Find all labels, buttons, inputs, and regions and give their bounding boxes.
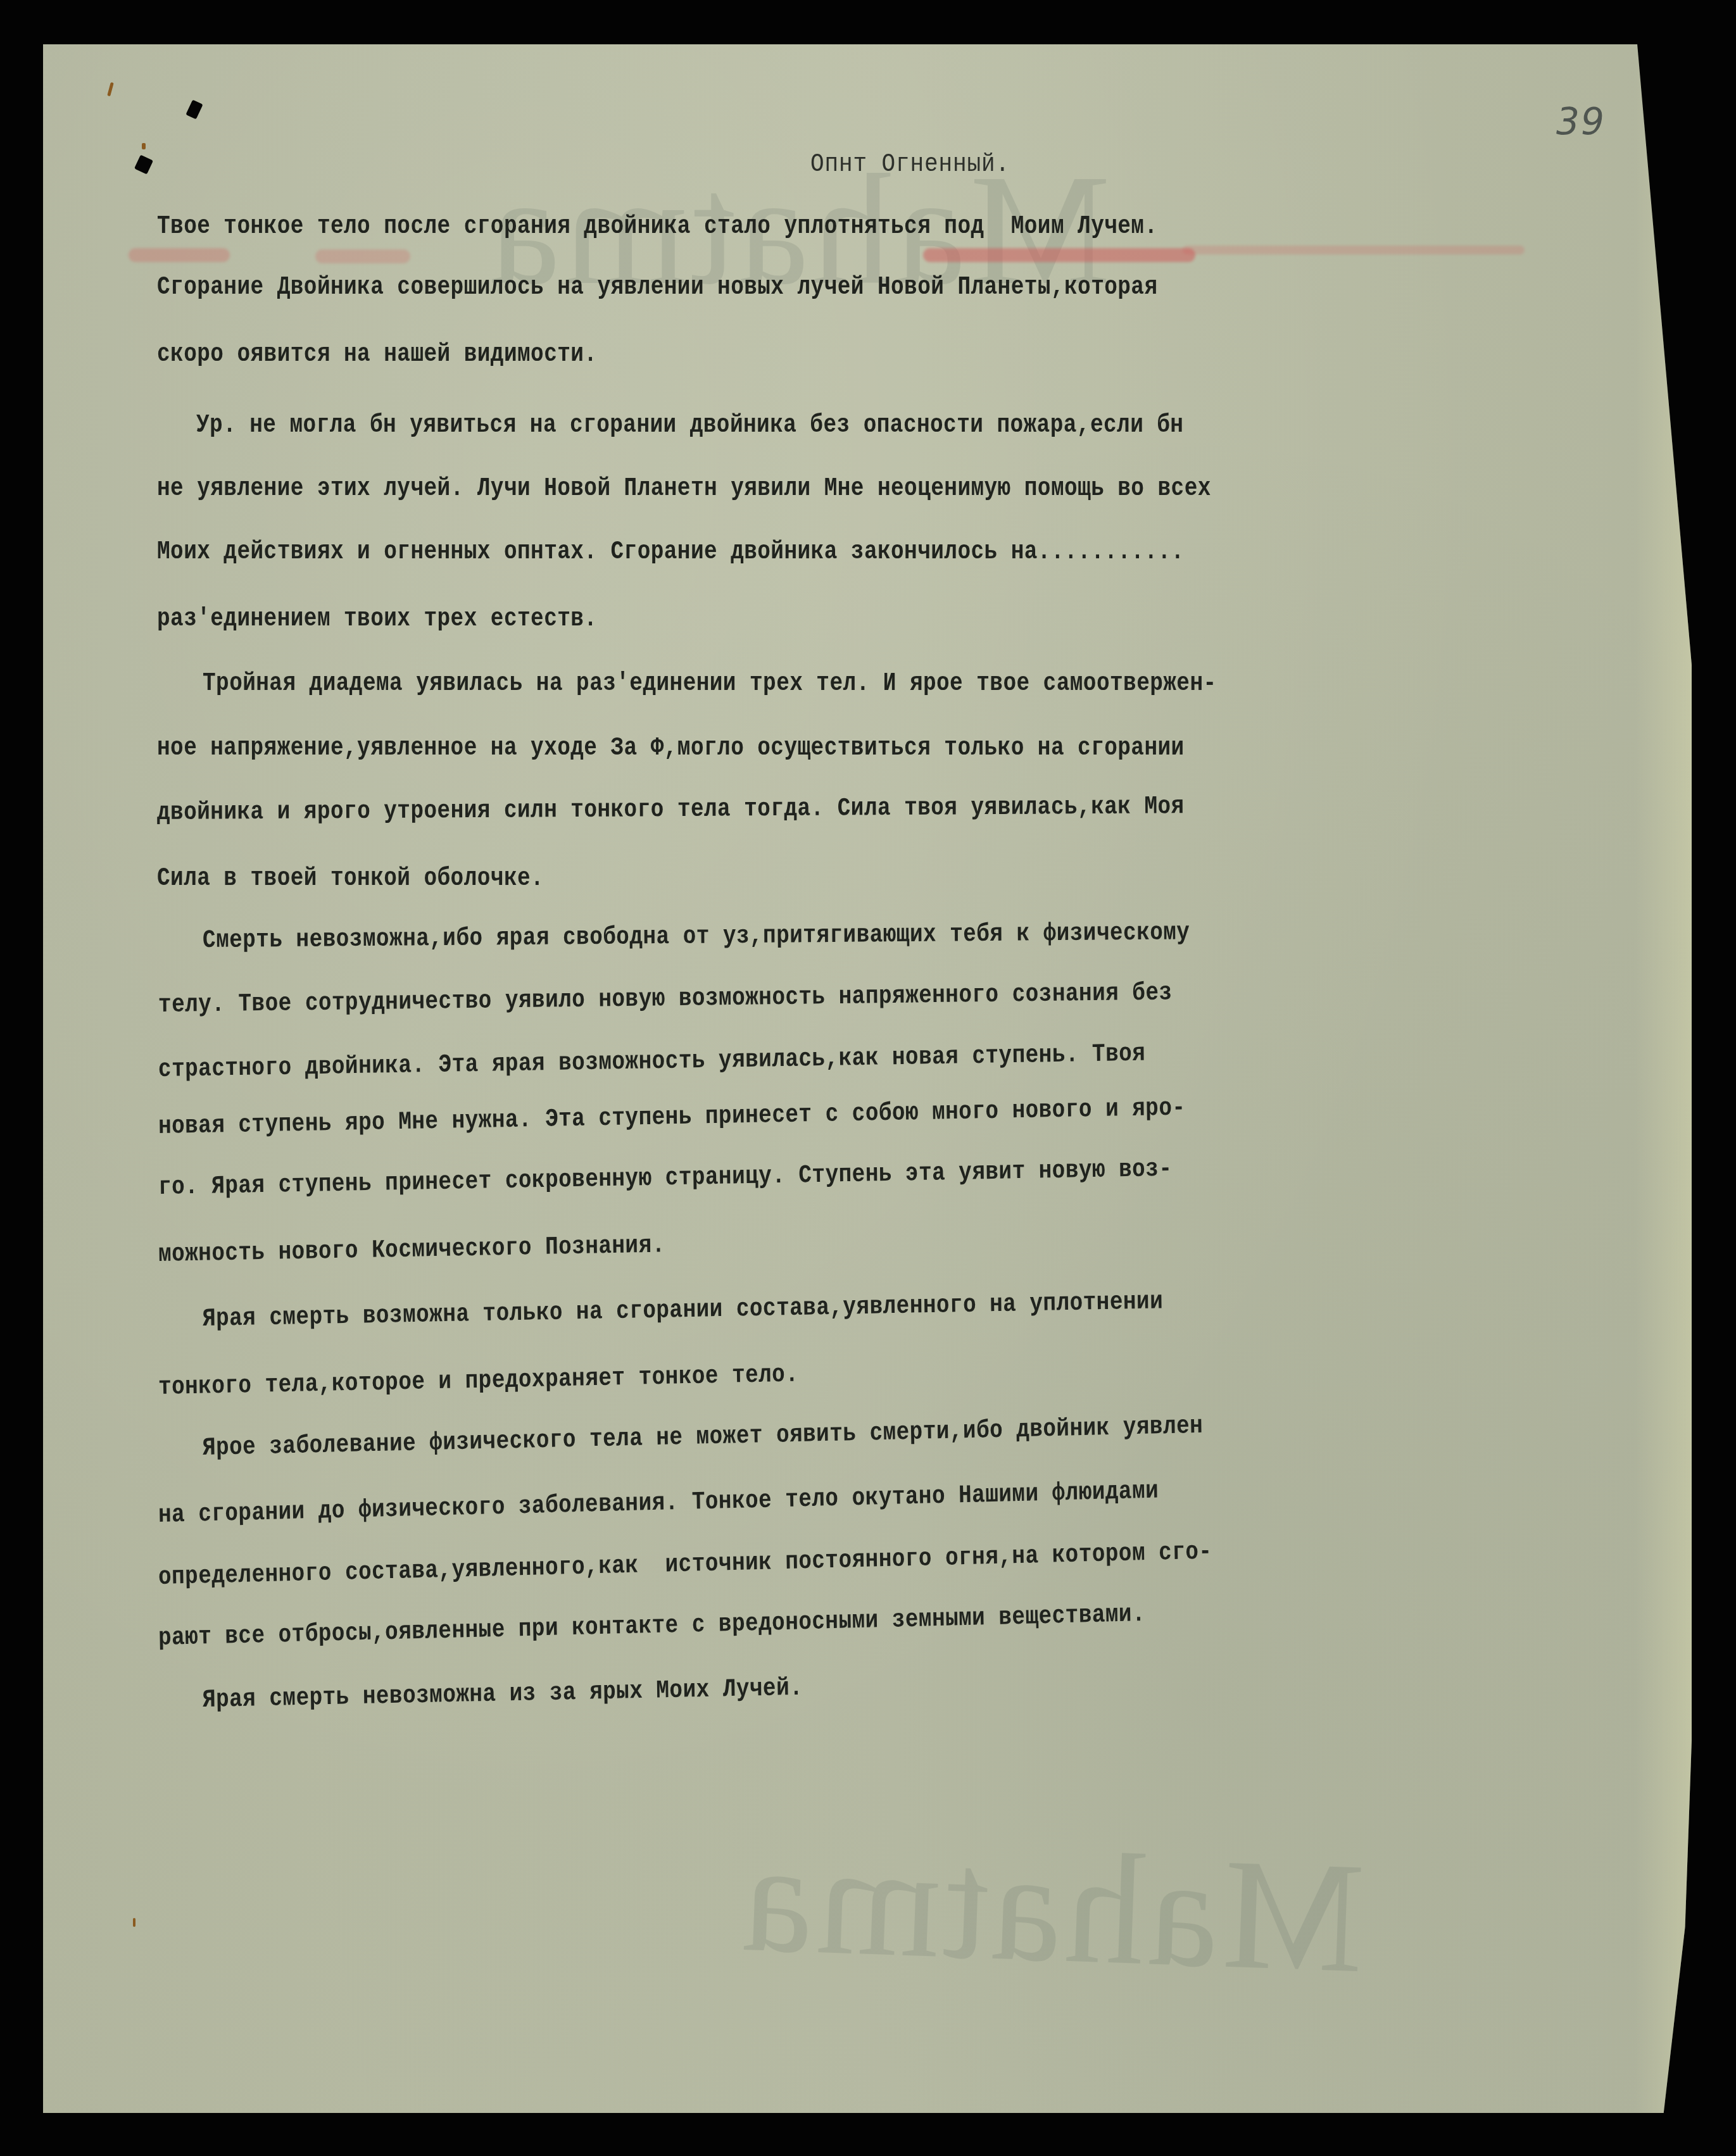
text-line: двойника и ярого утроения силн тонкого т… [157,793,1185,827]
text-line: Сгорание Двойника совершилось на уявлени… [157,273,1158,302]
text-line: Сила в твоей тонкой оболочке. [157,865,544,893]
rust-mark [107,82,114,97]
punch-hole-bottom [134,154,153,174]
page-edge-highlight [1635,44,1692,2113]
text-line: страстного двойника. Эта ярая возможност… [158,1040,1146,1084]
text-line: на сгорании до физического заболевания. … [158,1477,1159,1530]
text-line: Смерть невозможна,ибо ярая свободна от у… [203,918,1190,955]
text-line: Ярая смерть возможна только на сгорании … [203,1288,1164,1334]
text-line: определенного состава,уявленного,как ист… [158,1538,1212,1592]
text-line: телу. Твое сотрудничество уявило новую в… [158,979,1173,1019]
text-line: Моих действиях и огненных опнтах. Сгоран… [157,538,1185,567]
text-line: Ярое заболевание физического тела не мож… [203,1412,1204,1463]
red-underline-3 [923,248,1195,262]
red-underline-4 [1183,246,1525,254]
text-line: рают все отбросы,оявленные при контакте … [158,1600,1146,1653]
text-line: ное напряжение,уявленное на уходе За Ф,м… [157,734,1185,763]
punch-hole-top [186,99,203,119]
document-title: Опнт Огненный. [810,151,1010,179]
text-line: новая ступень яро Мне нужна. Эта ступень… [158,1094,1186,1141]
text-line: Ярая смерть невозможна из за ярых Моих Л… [203,1674,803,1715]
folio-number: 39 [1556,100,1606,143]
rust-mark-2 [142,143,146,149]
text-line: тонкого тела,которое и предохраняет тонк… [158,1360,799,1402]
text-line: раз'единением твоих трех естеств. [157,605,597,634]
red-underline-1 [129,248,230,262]
text-line: скоро оявится на нашей видимости. [157,341,597,369]
text-line: Ур. не могла бн уявиться на сгорании дво… [196,411,1183,440]
text-line: не уявление этих лучей. Лучи Новой Плане… [157,475,1211,503]
red-underline-2 [315,249,410,263]
text-line: можность нового Космического Познания. [158,1231,665,1269]
text-line: Твое тонкое тело после сгорания двойника… [157,213,1158,241]
show-through-text-bottom: Mahatma [736,1806,1367,2010]
document-page: Mahatma Mahatma 39 Опнт Огненный. Твое т… [43,44,1692,2113]
text-line: Тройная диадема уявилась на раз'единении… [203,670,1217,698]
text-line: го. Ярая ступень принесет сокровенную ст… [158,1155,1173,1202]
rust-mark-3 [133,1918,135,1927]
